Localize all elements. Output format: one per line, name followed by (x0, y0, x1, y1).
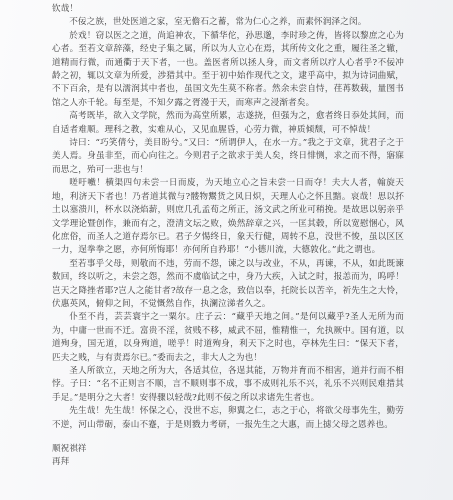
opening-line: 钦哉！ (52, 3, 404, 16)
closing-salutation: 顺祝祺祥 (52, 443, 86, 456)
paragraph-medicine-and-letters: 於戏！窃以医之之道，尚追神农，下循华佗，孙思邈，李时珍之俦，皆将以黎庶之心为心者… (52, 30, 404, 110)
letter-closing: 顺祝祺祥 再拜 (52, 443, 86, 470)
paragraph-family: 不佞之族，世处医道之家，室无儋石之蓄，常为仁心之养，而素怀润泽之闵。 (52, 16, 404, 29)
closing-signoff: 再拜 (52, 456, 86, 469)
paragraph-college-entrance: 高考既毕，欲入文学院，然而为高堂所累，志遂挠，但强为之，愈者终日忝处其间，而自适… (52, 110, 404, 137)
paragraph-poetry: 诗曰：“巧笑倩兮，美目盼兮。”又曰：“所谓伊人，在水一方。”我之于文章，犹君子之… (52, 137, 404, 177)
paragraph-gratitude: 先生哉！先生哉！怀保之心，没世不忘，卵翼之仁，志之于心，将欲父母事先生，勤劳不逆… (52, 405, 404, 432)
paragraph-aspiration: 嗟吁嚱！横渠四句未尝一日而废，为天地立心之旨未尝一日而夺！夫大人者，翰旋天地，利… (52, 177, 404, 257)
paragraph-sages: 圣人所欲立，天地之所为大，各适其位，各逞其能，万物并育而不相害，道并行而不相悖。… (52, 365, 404, 405)
scanned-letter-page: 钦哉！ 不佞之族，世处医道之家，室无儋石之蓄，常为仁心之养，而素怀润泽之闵。 於… (0, 0, 453, 500)
letter-body: 钦哉！ 不佞之族，世处医道之家，室无儋石之蓄，常为仁心之养，而素怀润泽之闵。 於… (52, 3, 404, 432)
paragraph-self: 仆至不肖，芸芸寰宇之一粟尔。庄子云：“藏乎天地之间。”是何以藏乎?圣人无所为而为… (52, 311, 404, 365)
paragraph-parents: 至若事乎父母，则敬而不违，劳而不怨，谏之以与改业，不从，再谏，不从，如此既谏数回… (52, 258, 404, 312)
